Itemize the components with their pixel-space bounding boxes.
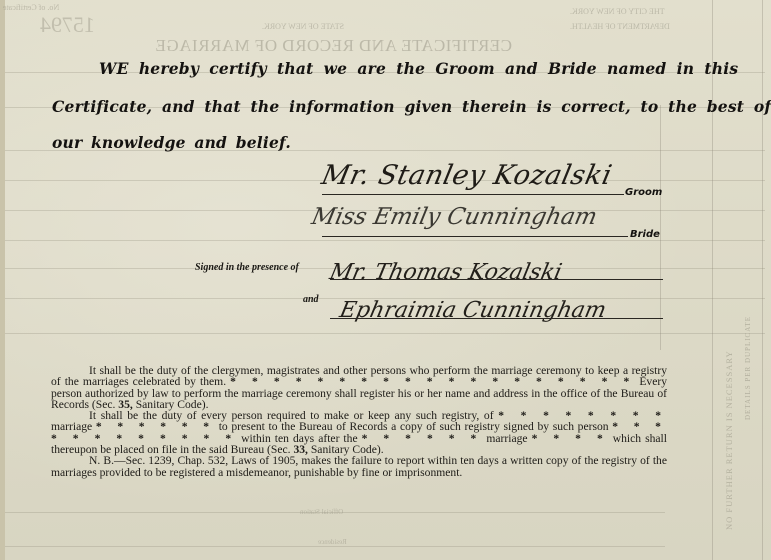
page-edge	[0, 0, 5, 560]
witness-1-line	[330, 279, 663, 280]
bride-signature-line	[322, 236, 628, 237]
ghost-rule	[5, 546, 665, 547]
bride-signature: Miss Emily Cunningham	[309, 204, 599, 230]
certification-line-1: WE hereby certify that we are the Groom …	[99, 59, 738, 78]
ghost-rule-vertical	[762, 0, 763, 560]
witness-1-signature: Mr. Thomas Kozalski	[327, 260, 564, 285]
legal-paragraph-1: It shall be the duty of the clergymen, m…	[51, 365, 667, 410]
witness-2-signature: Ephraimia Cunningham	[337, 298, 608, 323]
ghost-rule	[5, 333, 765, 334]
signed-in-presence-label: Signed in the presence of	[195, 262, 299, 273]
ghost-certificate-number: 15794	[40, 12, 95, 38]
legal-nota-bene: N. B.—Sec. 1239, Chap. 532, Laws of 1905…	[51, 455, 667, 478]
ghost-department: THE CITY OF NEW YORK. DEPARTMENT OF HEAL…	[570, 4, 670, 34]
ghost-vertical-note: NO FURTHER RETURN IS NECESSARY	[724, 90, 734, 530]
ghost-rule	[5, 240, 765, 241]
ghost-residence: Residence	[318, 538, 347, 546]
ghost-certificate-label: No. of Certificate	[3, 3, 59, 12]
and-label: and	[303, 294, 319, 305]
certification-line-3: our knowledge and belief.	[52, 133, 291, 152]
legal-notice: It shall be the duty of the clergymen, m…	[51, 365, 667, 478]
ghost-official-station: Official Station	[300, 508, 343, 516]
ghost-state: STATE OF NEW YORK.	[262, 22, 344, 31]
witness-2-line	[330, 318, 663, 319]
groom-label: Groom	[625, 187, 662, 198]
ghost-heading: CERTIFICATE AND RECORD OF MARRIAGE	[155, 36, 512, 56]
ghost-vertical-note-2: DETAILS PER DUPLICATE	[744, 170, 752, 420]
ghost-rule-vertical	[712, 0, 713, 560]
groom-signature-line	[322, 194, 624, 195]
ghost-rule-vertical	[660, 105, 661, 350]
groom-signature: Mr. Stanley Kozalski	[319, 160, 615, 191]
bride-label: Bride	[630, 229, 660, 240]
legal-paragraph-2: It shall be the duty of every person req…	[51, 410, 667, 455]
certification-line-2: Certificate, and that the information gi…	[52, 97, 771, 116]
